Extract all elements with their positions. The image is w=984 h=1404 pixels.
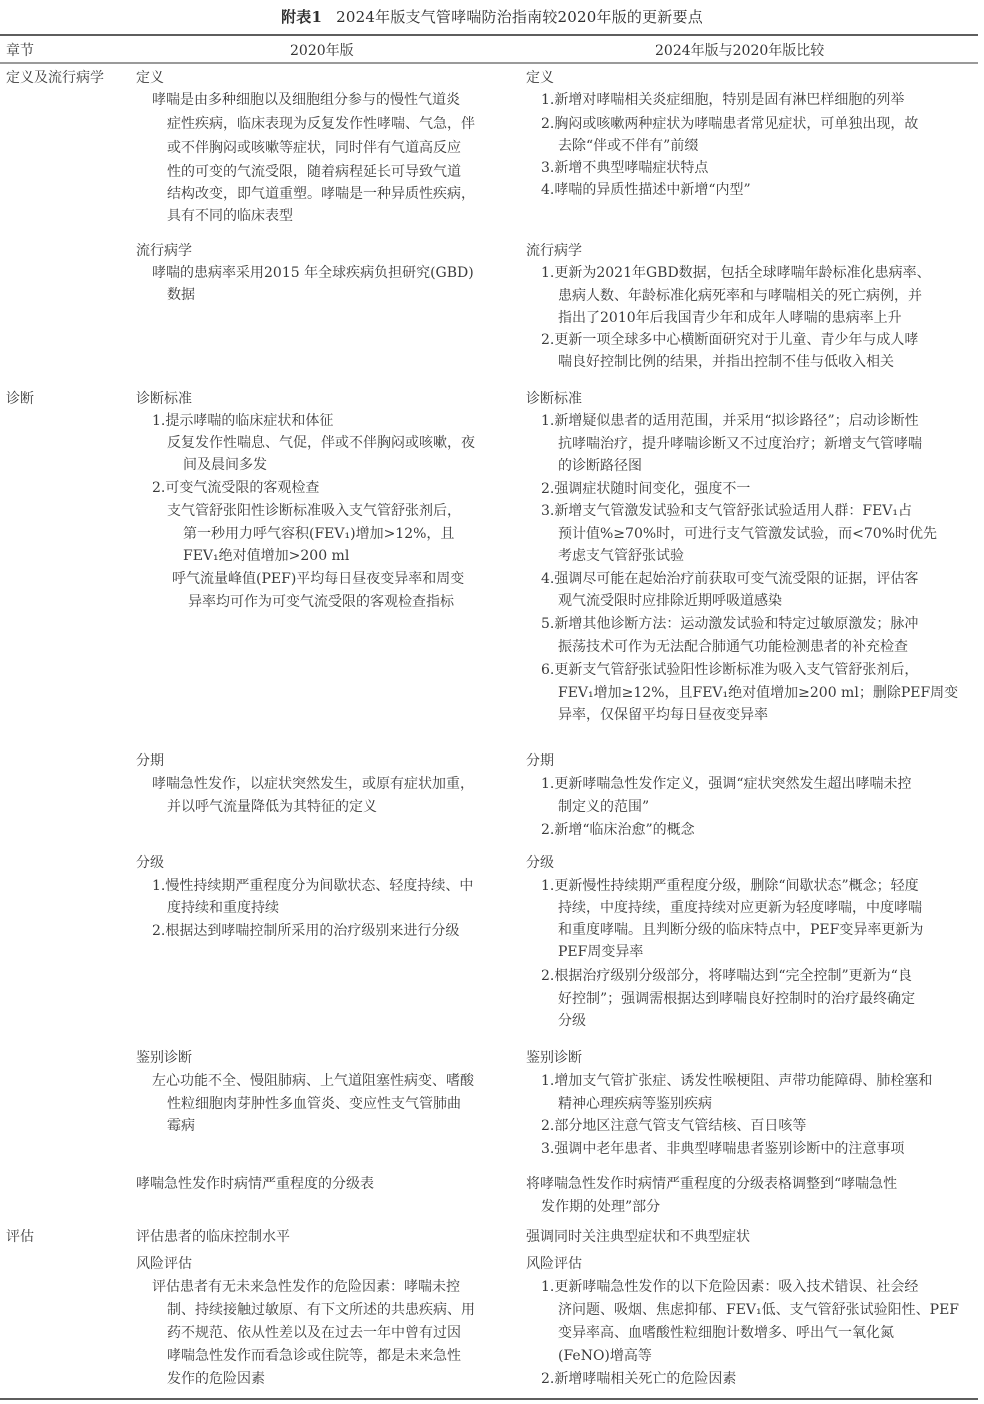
subsection-title-2024: 风险评估 (526, 1253, 582, 1275)
list-item: 1.更新哮喘急性发作定义，强调“症状突然发生超出哮喘未控 (541, 773, 912, 795)
text-line: 发作的危险因素 (167, 1368, 265, 1390)
text-line: 制、持续接触过敏原、有下文所述的共患疾病、用 (167, 1299, 475, 1321)
text-line: 并以呼气流量降低为其特征的定义 (167, 796, 377, 818)
list-item: 1.更新为2021年GBD数据，包括全球哮喘年龄标准化患病率、 (541, 262, 931, 284)
chapter-label: 诊断 (6, 388, 34, 410)
text-line: 哮喘的患病率采用2015 年全球疾病负担研究(GBD) (152, 262, 474, 284)
list-item-cont: 变异率高、血嗜酸性粒细胞计数增多、呼出气一氧化氮 (558, 1322, 894, 1344)
list-item: 1.更新哮喘急性发作的以下危险因素：吸入技术错误、社会经 (541, 1276, 918, 1298)
list-item: 2.新增“临床治愈”的概念 (541, 819, 695, 841)
text-line: 具有不同的临床表型 (167, 205, 293, 227)
subsection-title-2024: 分期 (526, 750, 554, 772)
text-line: 哮喘是由多种细胞以及细胞组分参与的慢性气道炎 (152, 89, 460, 111)
list-item-cont: (FeNO)增高等 (558, 1345, 652, 1367)
list-item: 2.根据治疗级别分级部分，将哮喘达到“完全控制”更新为“良 (541, 965, 912, 987)
list-item: 4.哮喘的异质性描述中新增“内型” (541, 179, 751, 201)
table-label: 附表1 (281, 8, 322, 26)
subsection-title-2020: 哮喘急性发作时病情严重程度的分级表 (136, 1173, 374, 1195)
text-line: 1.提示哮喘的临床症状和体征 (152, 410, 333, 432)
list-item: 4.强调尽可能在起始治疗前获取可变气流受限的证据，评估客 (541, 568, 918, 590)
list-item-cont: 去除“伴或不伴有”前缀 (558, 135, 698, 157)
list-item-cont: 分级 (558, 1010, 586, 1032)
list-item: 1.新增对哮喘相关炎症细胞，特别是固有淋巴样细胞的列举 (541, 89, 904, 111)
text-line: 2.可变气流受限的客观检查 (152, 477, 319, 499)
header-rule (0, 62, 978, 64)
subsection-title-2024: 分级 (526, 852, 554, 874)
text-line: 1.慢性持续期严重程度分为间歇状态、轻度持续、中 (152, 875, 473, 897)
header-chapter: 章节 (6, 40, 34, 60)
text-line: 异率均可作为可变气流受限的客观检查指标 (188, 591, 454, 613)
text-line: 强调同时关注典型症状和不典型症状 (526, 1226, 750, 1248)
text-line: 第一秒用力呼气容积(FEV₁)增加>12%，且 (183, 523, 454, 545)
list-item-cont: 预计值%≥70%时，可进行支气管激发试验，而<70%时优先 (558, 523, 937, 545)
list-item-cont: 考虑支气管舒张试验 (558, 545, 684, 567)
text-line: 度持续和重度持续 (167, 897, 279, 919)
list-item: 1.更新慢性持续期严重程度分级，删除“间歇状态”概念；轻度 (541, 875, 919, 897)
list-item-cont: 喘良好控制比例的结果，并指出控制不佳与低收入相关 (558, 351, 894, 373)
list-item: 1.新增疑似患者的适用范围，并采用“拟诊路径”；启动诊断性 (541, 410, 919, 432)
list-item: 5.新增其他诊断方法：运动激发试验和特定过敏原激发；脉冲 (541, 613, 918, 635)
text-line: 呼气流量峰值(PEF)平均每日昼夜变异率和周变 (172, 568, 464, 590)
list-item: 6.更新支气管舒张试验阳性诊断标准为吸入支气管舒张剂后， (541, 659, 918, 681)
text-line: 支气管舒张阳性诊断标准吸入支气管舒张剂后， (167, 500, 461, 522)
subsection-title-2020: 分级 (136, 852, 164, 874)
list-item: 3.强调中老年患者、非典型哮喘患者鉴别诊断中的注意事项 (541, 1138, 904, 1160)
list-item: 2.部分地区注意气管支气管结核、百日咳等 (541, 1115, 806, 1137)
text-line: 2.根据达到哮喘控制所采用的治疗级别来进行分级 (152, 920, 459, 942)
list-item-cont: 抗哮喘治疗，提升哮喘诊断又不过度治疗；新增支气管哮喘 (558, 433, 922, 455)
text-line: 哮喘急性发作，以症状突然发生，或原有症状加重， (152, 773, 474, 795)
list-item-cont: 好控制”；强调需根据达到哮喘良好控制时的治疗最终确定 (558, 988, 915, 1010)
subsection-title-2020: 评估患者的临床控制水平 (136, 1226, 290, 1248)
list-item: 2.新增哮喘相关死亡的危险因素 (541, 1368, 736, 1390)
text-line: 发作期的处理”部分 (541, 1196, 660, 1218)
chapter-label: 评估 (6, 1226, 34, 1248)
list-item-cont: PEF周变异率 (558, 941, 643, 963)
list-item-cont: 观气流受限时应排除近期呼吸道感染 (558, 590, 782, 612)
subsection-title-2020: 鉴别诊断 (136, 1047, 192, 1069)
text-line: 性的可变的气流受限，随着病程延长可导致气道 (167, 161, 461, 183)
list-item: 2.胸闷或咳嗽两种症状为哮喘患者常见症状，可单独出现，故 (541, 113, 918, 135)
header-2024: 2024年版与2020年版比较 (655, 40, 824, 60)
list-item-cont: FEV₁增加≥12%，且FEV₁绝对值增加≥200 ml；删除PEF周变 (558, 682, 958, 704)
header-2020: 2020年版 (290, 40, 354, 60)
list-item-cont: 和重度哮喘。且判断分级的临床特点中，PEF变异率更新为 (558, 919, 923, 941)
subsection-title-2020: 风险评估 (136, 1253, 192, 1275)
chapter-label: 定义及流行病学 (6, 67, 104, 89)
text-line: 反复发作性喘息、气促，伴或不伴胸闷或咳嗽，夜 (167, 432, 475, 454)
list-item-cont: 精神心理疾病等鉴别疾病 (558, 1093, 712, 1115)
list-item-cont: 异率，仅保留平均每日昼夜变异率 (558, 704, 768, 726)
list-item-cont: 振荡技术可作为无法配合肺通气功能检测患者的补充检查 (558, 636, 908, 658)
list-item: 1.增加支气管扩张症、诱发性喉梗阻、声带功能障碍、肺栓塞和 (541, 1070, 932, 1092)
text-line: 结构改变，即气道重塑。哮喘是一种异质性疾病， (167, 183, 475, 205)
text-line: 霉病 (167, 1115, 195, 1137)
list-item: 2.强调症状随时间变化，强度不一 (541, 478, 750, 500)
list-item: 3.新增不典型哮喘症状特点 (541, 157, 708, 179)
text-line: 数据 (167, 284, 195, 306)
text-line: 或不伴胸闷或咳嗽等症状，同时伴有气道高反应 (167, 137, 461, 159)
text-line: 性粒细胞肉芽肿性多血管炎、变应性支气管肺曲 (167, 1093, 461, 1115)
bottom-rule (0, 1398, 978, 1400)
top-rule (0, 34, 978, 36)
text-line: 间及晨间多发 (183, 454, 267, 476)
text-line: 哮喘急性发作而看急诊或住院等，都是未来急性 (167, 1345, 461, 1367)
subsection-title-2024: 定义 (526, 67, 554, 89)
subsection-title-2024: 鉴别诊断 (526, 1047, 582, 1069)
list-item-cont: 济问题、吸烟、焦虑抑郁、FEV₁低、支气管舒张试验阳性、PEF (558, 1299, 959, 1321)
list-item: 2.更新一项全球多中心横断面研究对于儿童、青少年与成人哮 (541, 329, 918, 351)
list-item: 3.新增支气管激发试验和支气管舒张试验适用人群：FEV₁占 (541, 500, 912, 522)
table-title: 2024年版支气管哮喘防治指南较2020年版的更新要点 (336, 8, 703, 26)
list-item-cont: 持续，中度持续，重度持续对应更新为轻度哮喘，中度哮喘 (558, 897, 922, 919)
table-caption: 附表12024年版支气管哮喘防治指南较2020年版的更新要点 (0, 6, 984, 27)
list-item-cont: 制定义的范围” (558, 796, 649, 818)
text-line: 左心功能不全、慢阻肺病、上气道阻塞性病变、嗜酸 (152, 1070, 474, 1092)
list-item-cont: 患病人数、年龄标准化病死率和与哮喘相关的死亡病例，并 (558, 285, 922, 307)
subsection-title-2020: 流行病学 (136, 240, 192, 262)
text-line: 评估患者有无未来急性发作的危险因素：哮喘未控 (152, 1276, 460, 1298)
text-line: 将哮喘急性发作时病情严重程度的分级表格调整到“哮喘急性 (526, 1173, 897, 1195)
subsection-title-2020: 分期 (136, 750, 164, 772)
subsection-title-2024: 诊断标准 (526, 388, 582, 410)
text-line: FEV₁绝对值增加>200 ml (183, 545, 349, 567)
text-line: 药不规范、依从性差以及在过去一年中曾有过因 (167, 1322, 461, 1344)
subsection-title-2020: 诊断标准 (136, 388, 192, 410)
text-line: 症性疾病，临床表现为反复发作性哮喘、气急，伴 (167, 113, 475, 135)
list-item-cont: 指出了2010年后我国青少年和成年人哮喘的患病率上升 (558, 307, 902, 329)
subsection-title-2020: 定义 (136, 67, 164, 89)
list-item-cont: 的诊断路径图 (558, 455, 642, 477)
subsection-title-2024: 流行病学 (526, 240, 582, 262)
